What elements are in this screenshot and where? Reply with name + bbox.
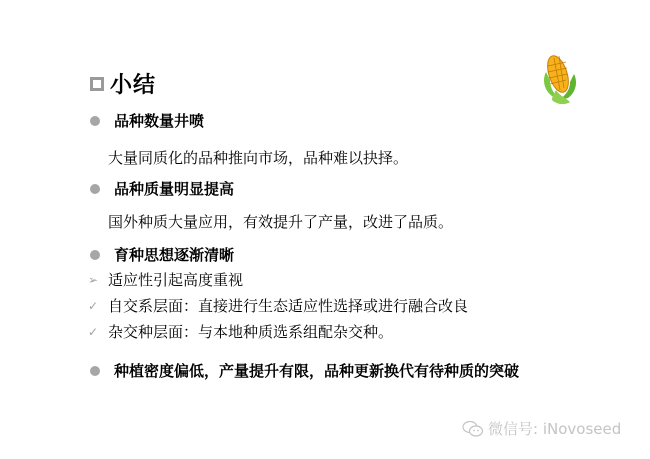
- bullet-dot-icon: [90, 250, 100, 260]
- wechat-icon: [462, 420, 484, 438]
- hollow-square-icon: [90, 77, 104, 91]
- sub-item: ✓ 杂交种层面：与本地种质选系组配杂交种。: [86, 321, 393, 342]
- check-icon: ✓: [86, 325, 100, 339]
- section-2-body: 国外种质大量应用，有效提升了产量，改进了品质。: [108, 211, 453, 232]
- corn-icon: [538, 50, 582, 108]
- section-3-heading: 育种思想逐渐清晰: [90, 244, 234, 265]
- watermark: 微信号: iNovoseed: [462, 418, 621, 439]
- sub-item: ✓ 自交系层面：直接进行生态适应性选择或进行融合改良: [86, 295, 468, 316]
- slide-title: 小结: [90, 68, 156, 99]
- title-text: 小结: [110, 68, 156, 99]
- watermark-text: 微信号: iNovoseed: [488, 418, 621, 439]
- arrow-icon: ➢: [86, 273, 100, 287]
- section-1-body: 大量同质化的品种推向市场，品种难以抉择。: [108, 147, 408, 168]
- section-1-heading: 品种数量井喷: [90, 110, 204, 131]
- section-2-heading: 品种质量明显提高: [90, 178, 234, 199]
- check-icon: ✓: [86, 299, 100, 313]
- bullet-dot-icon: [90, 116, 100, 126]
- bullet-dot-icon: [90, 366, 100, 376]
- sub-item: ➢ 适应性引起高度重视: [86, 269, 243, 290]
- bullet-dot-icon: [90, 184, 100, 194]
- section-4-heading: 种植密度偏低，产量提升有限，品种更新换代有待种质的突破: [90, 360, 519, 381]
